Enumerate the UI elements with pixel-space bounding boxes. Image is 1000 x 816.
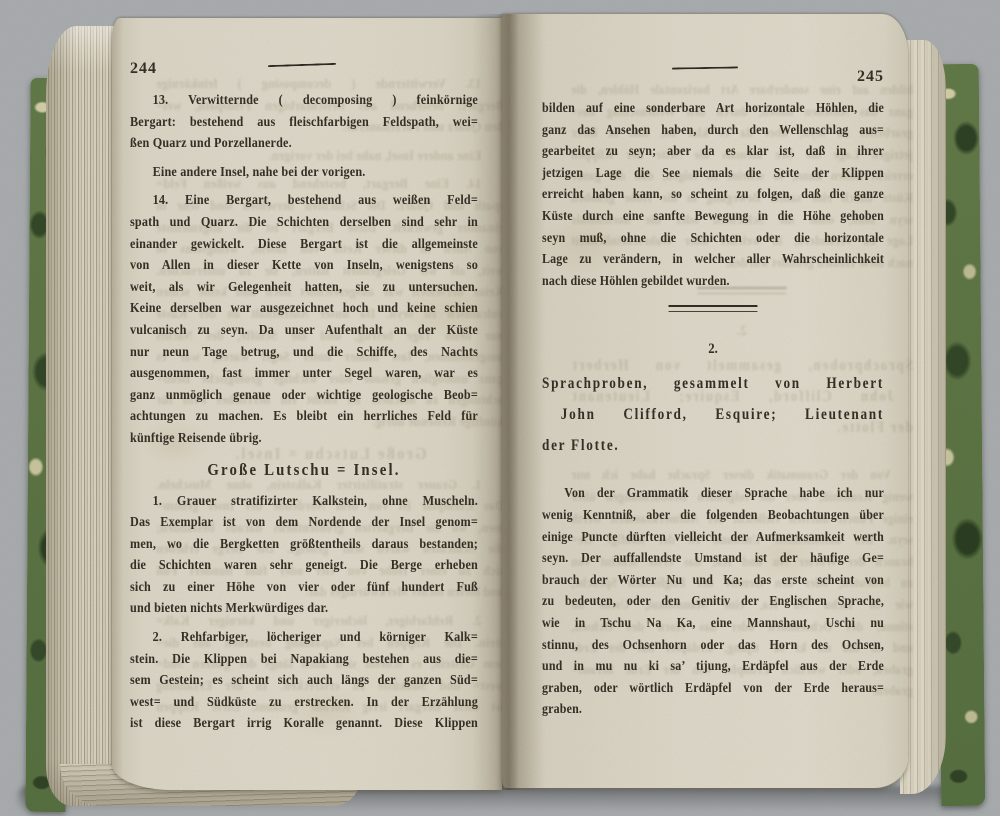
page-edges-left xyxy=(46,26,122,806)
text-line: 14. Eine Bergart, bestehend aus weißen F… xyxy=(130,190,478,212)
section-number: 2. xyxy=(542,338,884,360)
text-line: vulcanisch zu seyn. Da unser Aufenthalt … xyxy=(130,320,478,342)
text-line: Eine andere Insel, nahe bei der vorigen. xyxy=(130,162,478,184)
text-line: weit, als wir Gelegenheit hatten, sie zu… xyxy=(130,277,478,299)
text-line: brauch der Wörter Nu und Ka; das erste s… xyxy=(542,570,884,592)
text-line: men, wo die Bergketten größtentheils dar… xyxy=(130,534,478,556)
left-page-text: 13. Verwitternde ( decomposing ) feinkör… xyxy=(130,90,478,735)
heading-line: der Flotte. xyxy=(542,430,884,461)
paragraph: 2. Rehfarbiger, löcheriger und körniger … xyxy=(130,627,478,735)
text-line: 13. Verwitternde ( decomposing ) feinkör… xyxy=(130,90,478,112)
text-line: erreicht haben kann, so scheint zu folge… xyxy=(542,184,884,206)
text-line: seyn. Der auffallendste Umstand ist der … xyxy=(542,548,884,570)
text-line: Das Exemplar ist von dem Nordende der In… xyxy=(130,512,478,534)
text-line: Küste durch eine sanfte Bewegung in die … xyxy=(542,206,884,228)
heading-line: John Clifford, Esquire; Lieutenant xyxy=(542,399,884,430)
text-line: sem Gestein; es scheint sich auch längs … xyxy=(130,670,478,692)
text-line: und bieten nichts Merkwürdiges dar. xyxy=(130,598,478,620)
section-heading: Große Lutschu = Insel. xyxy=(130,459,478,481)
chapter-heading: Sprachproben, gesammelt von HerbertJohn … xyxy=(542,368,884,461)
text-line: nur neun Tage betrug, und die Schiffe, d… xyxy=(130,342,478,364)
text-line: wie in Tschu Na Ka, eine Mannshaut, Usch… xyxy=(542,613,884,635)
text-line: ausgenommen, fast immer unter Segel ware… xyxy=(130,363,478,385)
paragraph: 13. Verwitternde ( decomposing ) feinkör… xyxy=(130,90,478,155)
left-page: 244 13. Verwitternde ( decomposing ) fei… xyxy=(112,18,502,790)
text-line: 1. Grauer stratifizirter Kalkstein, ohne… xyxy=(130,491,478,513)
text-line: graben. xyxy=(542,699,884,721)
header-rule-left-icon xyxy=(268,63,336,67)
text-line: achtungen zu machen. Es bleibt ein herrl… xyxy=(130,406,478,428)
paragraph: Von der Grammatik dieser Sprache habe ic… xyxy=(542,483,884,721)
heading-line: Sprachproben, gesammelt von Herbert xyxy=(542,368,884,399)
text-line: ßen Quarz und Porzellanerde. xyxy=(130,133,478,155)
text-line: einander gewickelt. Diese Bergart ist di… xyxy=(130,234,478,256)
text-line: spath und Quarz. Die Schichten derselben… xyxy=(130,212,478,234)
text-line: Von der Grammatik dieser Sprache habe ic… xyxy=(542,483,884,505)
text-line: und in mu nu ki sa’ tijung, Erdäpfel aus… xyxy=(542,656,884,678)
text-line: künftige Reisende übrig. xyxy=(130,428,478,450)
text-line: stinnu, des Ochsenhorn oder das Horn des… xyxy=(542,635,884,657)
text-line: nach diese Höhlen gebildet wurden. xyxy=(542,271,884,293)
text-line: Lage zu verändern, in welcher aller Wahr… xyxy=(542,249,884,271)
header-rule-right-icon xyxy=(672,66,738,69)
text-line: von Allen in dieser Kette von Inseln, we… xyxy=(130,255,478,277)
text-line: ist diese Bergart irrig Koralle genannt.… xyxy=(130,713,478,735)
text-line: 2. Rehfarbiger, löcheriger und körniger … xyxy=(130,627,478,649)
text-line: sich zu einer Höhe von vier oder fünf hu… xyxy=(130,577,478,599)
text-line: gearbeitet zu seyn; aber da es klar ist,… xyxy=(542,141,884,163)
page-number-right: 245 xyxy=(857,68,884,86)
text-line: ganz unmöglich genaue oder wichtige geol… xyxy=(130,385,478,407)
text-line: Keine derselben war ausgezeichnet hoch u… xyxy=(130,298,478,320)
right-page-text: bilden auf eine sonderbare Art horizonta… xyxy=(542,98,884,721)
text-line: zu bedeuten, oder den Genitiv der Englis… xyxy=(542,591,884,613)
text-line: graben, oder wörtlich Erdäpfel von der E… xyxy=(542,678,884,700)
text-line: einige Puncte dürften vielleicht der Auf… xyxy=(542,527,884,549)
text-line: seyn muß, ohne die Schichten oder die ho… xyxy=(542,228,884,250)
text-line: wenig Kenntniß, aber die folgenden Beoba… xyxy=(542,505,884,527)
text-line: jetzigen Lage die See niemals die Seite … xyxy=(542,163,884,185)
page-number-left: 244 xyxy=(130,60,157,78)
text-line: Bergart: bestehend aus fleischfarbigen F… xyxy=(130,112,478,134)
section-divider-rule xyxy=(669,305,758,312)
right-page: 245 bilden auf eine sonderbare Art horiz… xyxy=(502,14,908,788)
paragraph: 1. Grauer stratifizirter Kalkstein, ohne… xyxy=(130,491,478,621)
paragraph: Eine andere Insel, nahe bei der vorigen. xyxy=(130,162,478,184)
text-line: west= und Südküste zu erstrecken. In der… xyxy=(130,692,478,714)
text-line: ganz das Ansehen haben, durch den Wellen… xyxy=(542,120,884,142)
text-line: bilden auf eine sonderbare Art horizonta… xyxy=(542,98,884,120)
paragraph: 14. Eine Bergart, bestehend aus weißen F… xyxy=(130,190,478,449)
text-line: stein. Die Klippen bei Napakiang bestehe… xyxy=(130,649,478,671)
paragraph: bilden auf eine sonderbare Art horizonta… xyxy=(542,98,884,292)
book-photo: 244 13. Verwitternde ( decomposing ) fei… xyxy=(0,0,1000,816)
text-line: die Schichten waren sehr geneigt. Die Be… xyxy=(130,555,478,577)
